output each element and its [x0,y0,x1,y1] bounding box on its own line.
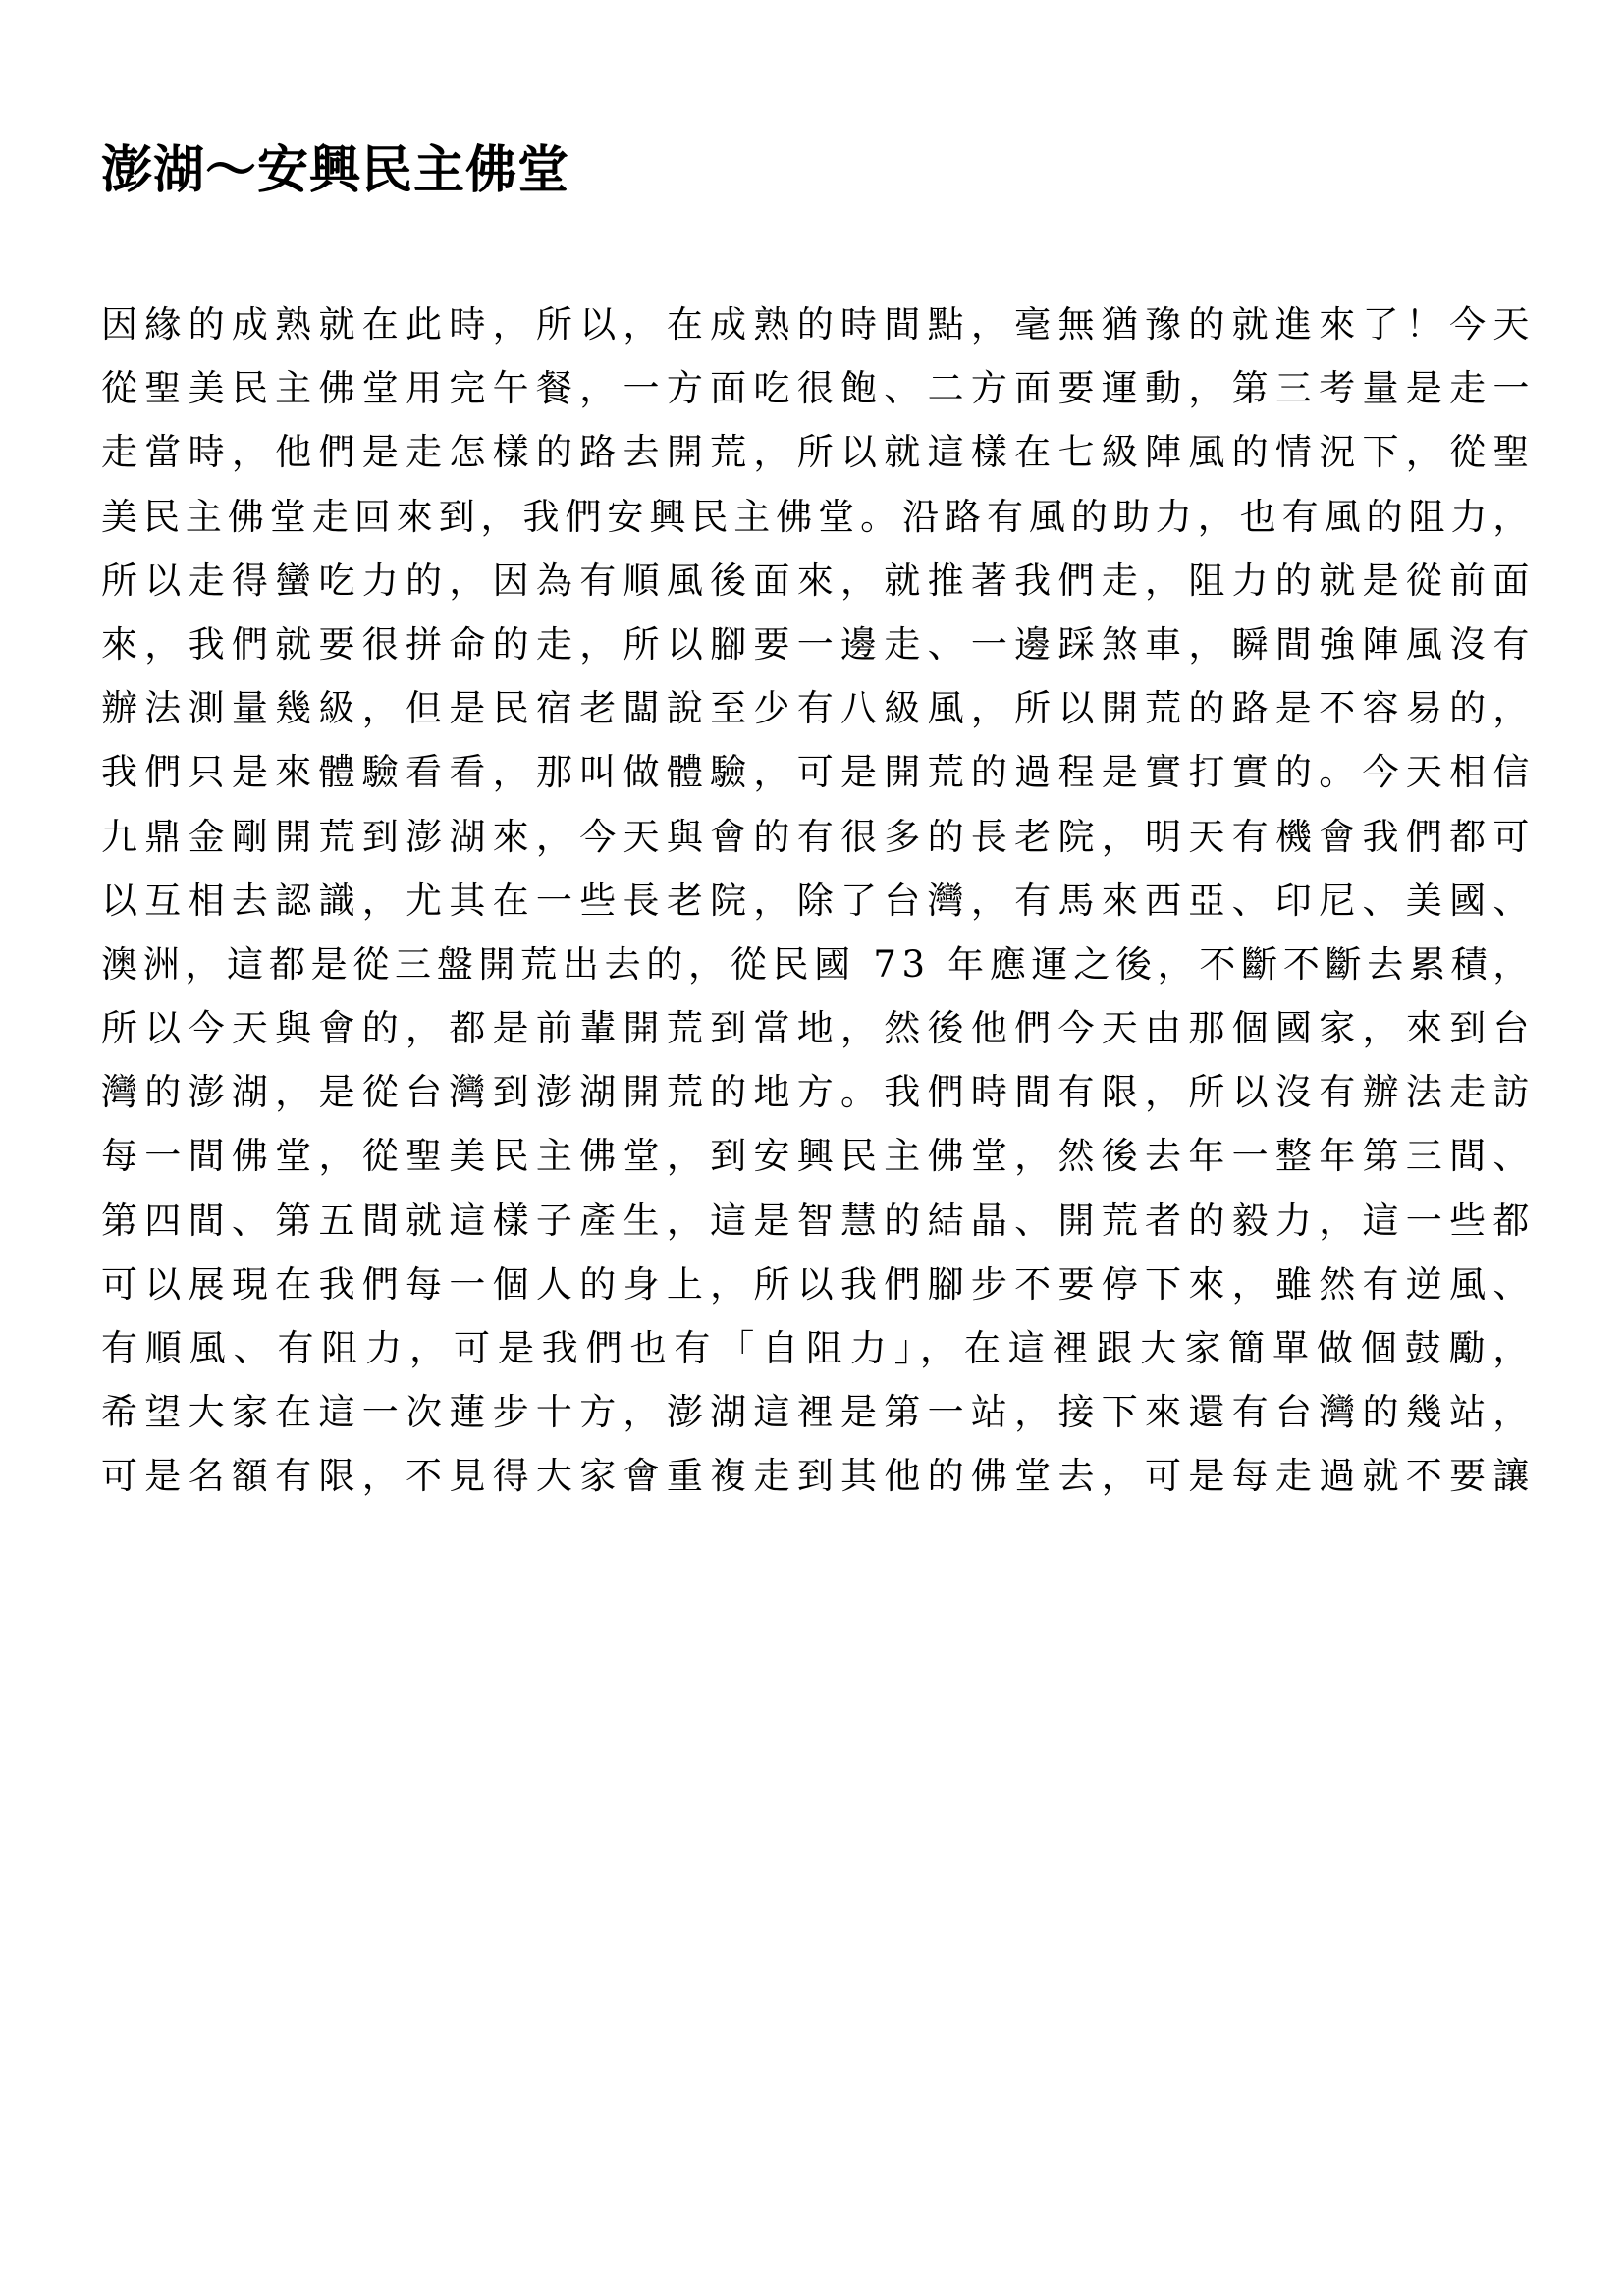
paragraph-line: 因緣的成熟就在此時，所以，在成熟的時間點，毫無猶豫的就進來了！今天 [101,293,1535,356]
paragraph-line: 第四間、第五間就這樣子產生，這是智慧的結晶、開荒者的毅力，這一些都 [101,1189,1535,1253]
paragraph-line: 辦法測量幾級，但是民宿老闆說至少有八級風，所以開荒的路是不容易的， [101,676,1535,740]
paragraph-line: 澳洲，這都是從三盤開荒出去的，從民國 73 年應運之後，不斷不斷去累積， [101,933,1535,996]
paragraph-line: 有順風、有阻力，可是我們也有「自阻力」，在這裡跟大家簡單做個鼓勵， [101,1316,1535,1380]
paragraph-line: 九鼎金剛開荒到澎湖來，今天與會的有很多的長老院，明天有機會我們都可 [101,805,1535,869]
paragraph-line: 希望大家在這一次蓮步十方，澎湖這裡是第一站，接下來還有台灣的幾站， [101,1380,1535,1444]
paragraph-line: 以互相去認識，尤其在一些長老院，除了台灣，有馬來西亞、印尼、美國、 [101,869,1535,933]
paragraph-line: 走當時，他們是走怎樣的路去開荒，所以就這樣在七級陣風的情況下，從聖 [101,420,1535,484]
paragraph-line: 可是名額有限，不見得大家會重複走到其他的佛堂去，可是每走過就不要讓 [101,1444,1535,1508]
paragraph-line: 美民主佛堂走回來到，我們安興民主佛堂。沿路有風的助力，也有風的阻力， [101,485,1535,549]
paragraph-line: 可以展現在我們每一個人的身上，所以我們腳步不要停下來，雖然有逆風、 [101,1253,1535,1316]
paragraph-line: 從聖美民主佛堂用完午餐，一方面吃很飽、二方面要運動，第三考量是走一 [101,356,1535,420]
paragraph-line: 來，我們就要很拼命的走，所以腳要一邊走、一邊踩煞車，瞬間強陣風沒有 [101,613,1535,676]
body-paragraph: 因緣的成熟就在此時，所以，在成熟的時間點，毫無猶豫的就進來了！今天 從聖美民主佛… [101,293,1535,1509]
paragraph-line: 每一間佛堂，從聖美民主佛堂，到安興民主佛堂，然後去年一整年第三間、 [101,1124,1535,1188]
paragraph-line: 我們只是來體驗看看，那叫做體驗，可是開荒的過程是實打實的。今天相信 [101,740,1535,804]
document-page: 澎湖～安興民主佛堂 因緣的成熟就在此時，所以，在成熟的時間點，毫無猶豫的就進來了… [0,0,1624,2296]
document-title: 澎湖～安興民主佛堂 [101,140,569,201]
paragraph-line: 所以今天與會的，都是前輩開荒到當地，然後他們今天由那個國家，來到台 [101,996,1535,1060]
paragraph-line: 所以走得蠻吃力的，因為有順風後面來，就推著我們走，阻力的就是從前面 [101,549,1535,613]
paragraph-line: 灣的澎湖，是從台灣到澎湖開荒的地方。我們時間有限，所以沒有辦法走訪 [101,1060,1535,1124]
